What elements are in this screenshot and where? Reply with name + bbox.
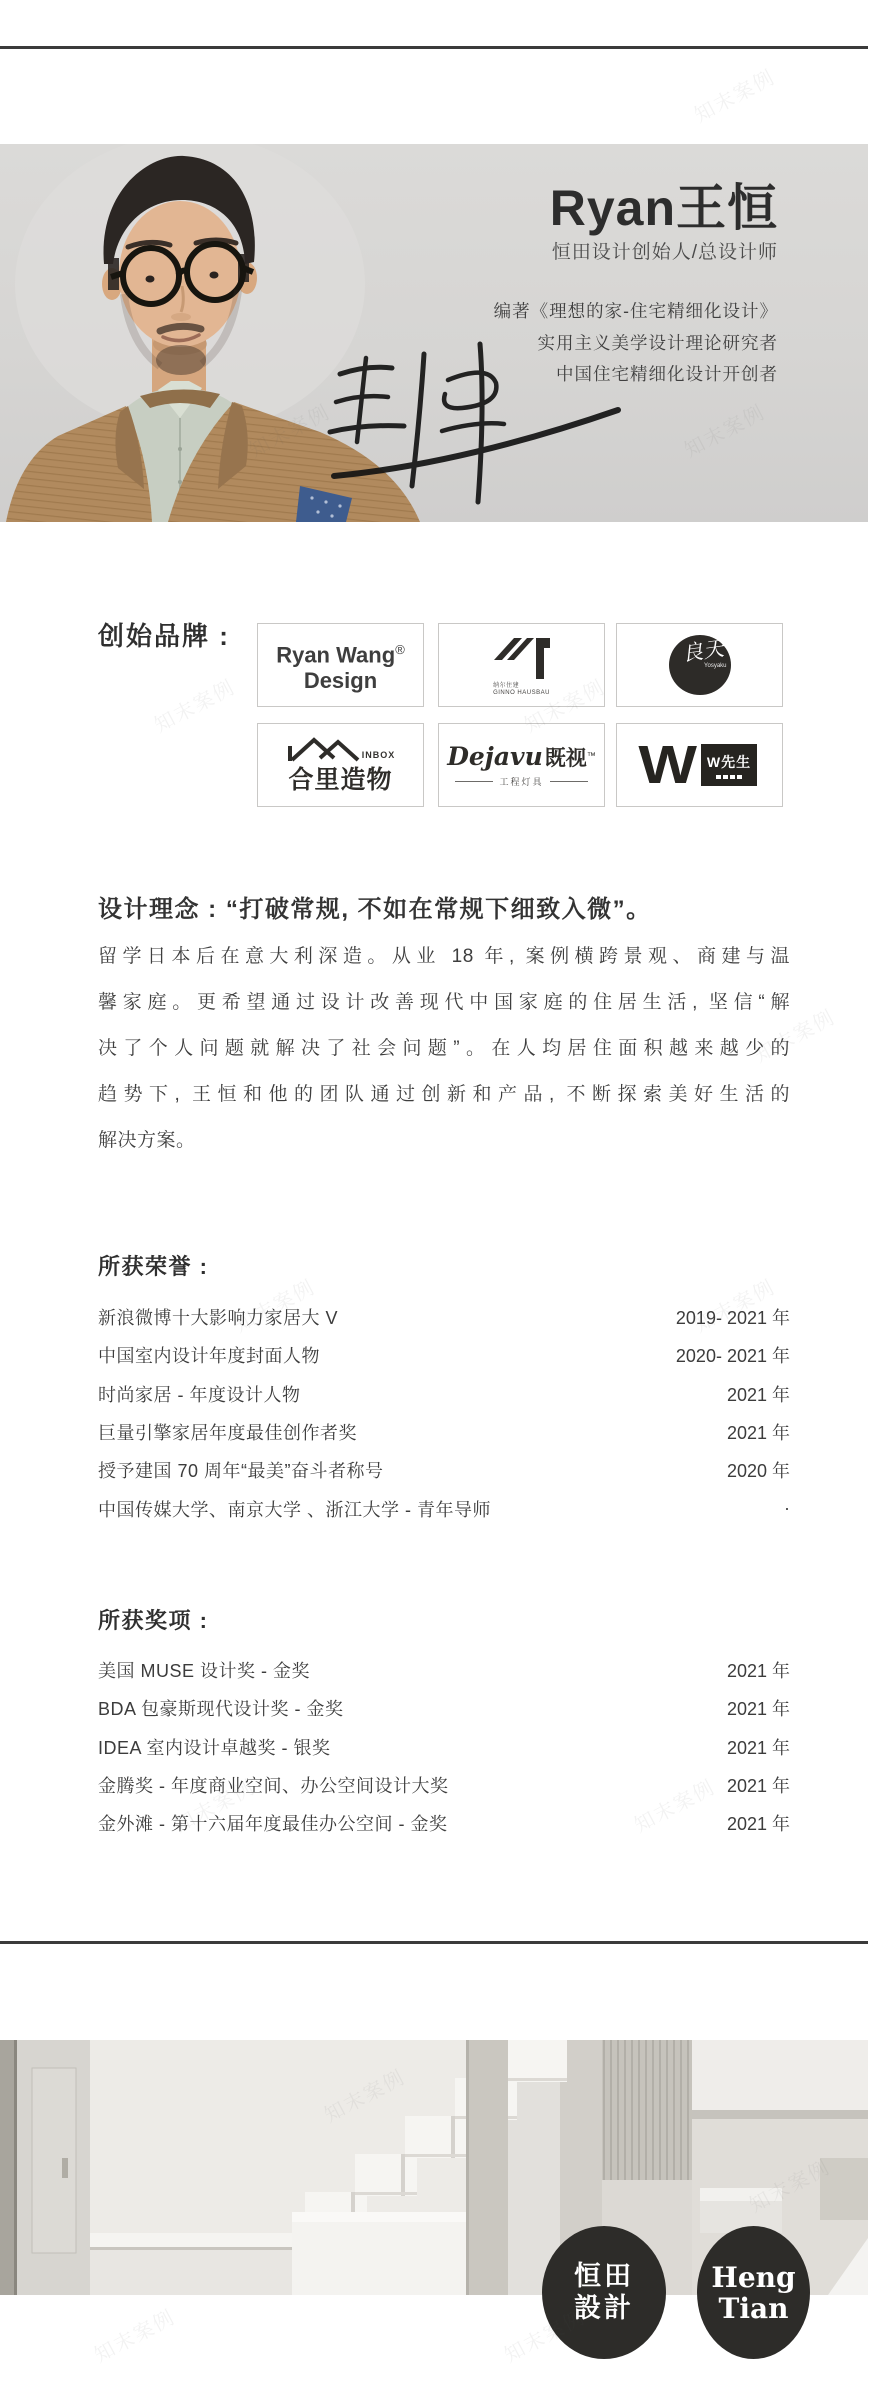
- brands-label: 创始品牌 :: [98, 616, 230, 653]
- award-row-year: 2021 年: [727, 1772, 790, 1798]
- award-row: BDA 包豪斯现代设计奖 - 金奖2021 年: [98, 1689, 790, 1727]
- badge-line: 設計: [574, 2293, 634, 2325]
- brand-text-cn: W先生: [707, 752, 751, 772]
- hero-bio: 编著《理想的家-住宅精细化设计》 实用主义美学设计理论研究者 中国住宅精细化设计…: [494, 296, 778, 391]
- brand-logo-ryan-wang-design: Ryan Wang® Design: [257, 623, 424, 707]
- award-row-text: 金外滩 - 第十六届年度最佳办公空间 - 金奖: [98, 1810, 448, 1836]
- brand-logo-inbox-heli: INBOX 合里造物: [257, 723, 424, 807]
- top-divider: [0, 46, 868, 49]
- philosophy-line: 留学日本后在意大利深造。从业 18 年, 案例横跨景观、商建与温: [98, 934, 790, 980]
- honor-row-year: 2021 年: [727, 1419, 790, 1445]
- honor-row-year: 2021 年: [727, 1381, 790, 1407]
- honors-list: 新浪微博十大影响力家居大 V2019- 2021 年中国室内设计年度封面人物20…: [98, 1298, 790, 1528]
- honor-row: 巨量引擎家居年度最佳创作者奖2021 年: [98, 1413, 790, 1451]
- honor-row-year: 2019- 2021 年: [676, 1304, 790, 1330]
- brand-text-cn: 良天: [680, 636, 725, 666]
- registered-mark-icon: ®: [395, 642, 405, 657]
- honor-row-text: 中国室内设计年度封面人物: [98, 1342, 320, 1368]
- philosophy-paragraph: 留学日本后在意大利深造。从业 18 年, 案例横跨景观、商建与温馨家庭。更希望通…: [98, 934, 790, 1164]
- award-row-text: 美国 MUSE 设计奖 - 金奖: [98, 1657, 310, 1683]
- trademark-icon: ™: [587, 751, 596, 761]
- page-title: Ryan王恒: [550, 168, 778, 240]
- bottom-divider: [0, 1941, 868, 1944]
- mr-w-badge: W先生: [701, 744, 757, 786]
- watermark: 知末案例: [148, 671, 239, 738]
- philosophy-line: 馨家庭。更希望通过设计改善现代中国家庭的住居生活, 坚信“解: [98, 980, 790, 1026]
- award-row-text: BDA 包豪斯现代设计奖 - 金奖: [98, 1695, 344, 1721]
- brand-text-cn: 纳尔住建: [493, 683, 550, 690]
- badge-line: 恒田: [574, 2261, 634, 2293]
- divider-line: [455, 781, 493, 782]
- honor-row: 中国室内设计年度封面人物2020- 2021 年: [98, 1336, 790, 1374]
- hengtian-badge-cn: 恒田 設計: [542, 2226, 666, 2359]
- brand-logo-yosyaku: 良天 Yosyaku: [616, 623, 783, 707]
- double-roof-icon: [286, 734, 360, 762]
- award-row-text: 金腾奖 - 年度商业空间、办公空间设计大奖: [98, 1772, 449, 1798]
- brand-text-en: GINNO HAUSBAU: [493, 690, 550, 697]
- honor-row: 时尚家居 - 年度设计人物2021 年: [98, 1375, 790, 1413]
- brand-text-cn: 既视: [545, 747, 587, 770]
- brand-text-en: Dejavu: [447, 742, 543, 771]
- honor-row: 新浪微博十大影响力家居大 V2019- 2021 年: [98, 1298, 790, 1336]
- honor-row: 授予建国 70 周年“最美”奋斗者称号2020 年: [98, 1451, 790, 1489]
- brand-sub-text: 工程灯具: [499, 775, 543, 788]
- badge-subtext-decoration: [716, 775, 742, 779]
- divider-line: [550, 781, 588, 782]
- brand-logo-dejavu: Dejavu既视™ 工程灯具: [438, 723, 605, 807]
- badge-line: Tian: [719, 2293, 789, 2324]
- honor-row-text: 巨量引擎家居年度最佳创作者奖: [98, 1419, 357, 1445]
- philosophy-line: 解决方案。: [98, 1118, 790, 1164]
- hero-bio-line: 中国住宅精细化设计开创者: [494, 359, 778, 391]
- award-row-year: 2021 年: [727, 1657, 790, 1683]
- badge-line: Heng: [711, 2262, 795, 2293]
- honor-row-year: 2020 年: [727, 1457, 790, 1483]
- award-row: IDEA 室内设计卓越奖 - 银奖2021 年: [98, 1728, 790, 1766]
- brand-text-en: Yosyaku: [704, 663, 726, 669]
- philosophy-headline: 设计理念 : “打破常规, 不如在常规下细致入微”。: [98, 889, 798, 924]
- award-row-year: 2021 年: [727, 1734, 790, 1760]
- brand-logo-mr-w: W W先生: [616, 723, 783, 807]
- brand-text-cn: 合里造物: [288, 760, 392, 796]
- award-row-year: 2021 年: [727, 1810, 790, 1836]
- philosophy-line: 决了个人问题就解决了社会问题”。在人均居住面积越来越少的: [98, 1026, 790, 1072]
- hero-bio-line: 实用主义美学设计理论研究者: [494, 328, 778, 360]
- hengtian-badge-en: Heng Tian: [697, 2226, 810, 2359]
- brand-text: Ryan Wang: [276, 643, 395, 668]
- brand-text-en: INBOX: [362, 750, 396, 760]
- brand-logo-ginno-hausbau: 纳尔住建 GINNO HAUSBAU: [438, 623, 605, 707]
- award-row-year: 2021 年: [727, 1695, 790, 1721]
- watermark: 知末案例: [688, 61, 779, 128]
- award-row: 金腾奖 - 年度商业空间、办公空间设计大奖2021 年: [98, 1766, 790, 1804]
- awards-label: 所获奖项 :: [98, 1604, 208, 1635]
- watermark: 知末案例: [88, 2301, 179, 2368]
- award-row-text: IDEA 室内设计卓越奖 - 银奖: [98, 1734, 331, 1760]
- house-roof-icon: [492, 633, 552, 681]
- honor-row-year: 2020- 2021 年: [676, 1342, 790, 1368]
- brand-letter: W: [638, 741, 694, 789]
- honor-row-text: 新浪微博十大影响力家居大 V: [98, 1304, 338, 1330]
- philosophy-line: 趋势下, 王恒和他的团队通过创新和产品, 不断探索美好生活的: [98, 1072, 790, 1118]
- honor-row-text: 授予建国 70 周年“最美”奋斗者称号: [98, 1457, 384, 1483]
- awards-list: 美国 MUSE 设计奖 - 金奖2021 年BDA 包豪斯现代设计奖 - 金奖2…: [98, 1651, 790, 1842]
- honor-row-year: ·: [784, 1498, 790, 1519]
- award-row: 美国 MUSE 设计奖 - 金奖2021 年: [98, 1651, 790, 1689]
- hero-banner: Ryan王恒 恒田设计创始人/总设计师 编著《理想的家-住宅精细化设计》 实用主…: [0, 144, 868, 522]
- hero-subtitle: 恒田设计创始人/总设计师: [552, 237, 778, 264]
- honor-row-text: 中国传媒大学、南京大学 、浙江大学 - 青年导师: [98, 1496, 491, 1522]
- honor-row-text: 时尚家居 - 年度设计人物: [98, 1381, 301, 1407]
- brand-text: Design: [304, 668, 377, 693]
- honor-row: 中国传媒大学、南京大学 、浙江大学 - 青年导师·: [98, 1489, 790, 1527]
- yosyaku-circle-icon: 良天 Yosyaku: [669, 635, 731, 695]
- hero-bio-line: 编著《理想的家-住宅精细化设计》: [494, 296, 778, 328]
- award-row: 金外滩 - 第十六届年度最佳办公空间 - 金奖2021 年: [98, 1804, 790, 1842]
- honors-label: 所获荣誉 :: [98, 1250, 208, 1281]
